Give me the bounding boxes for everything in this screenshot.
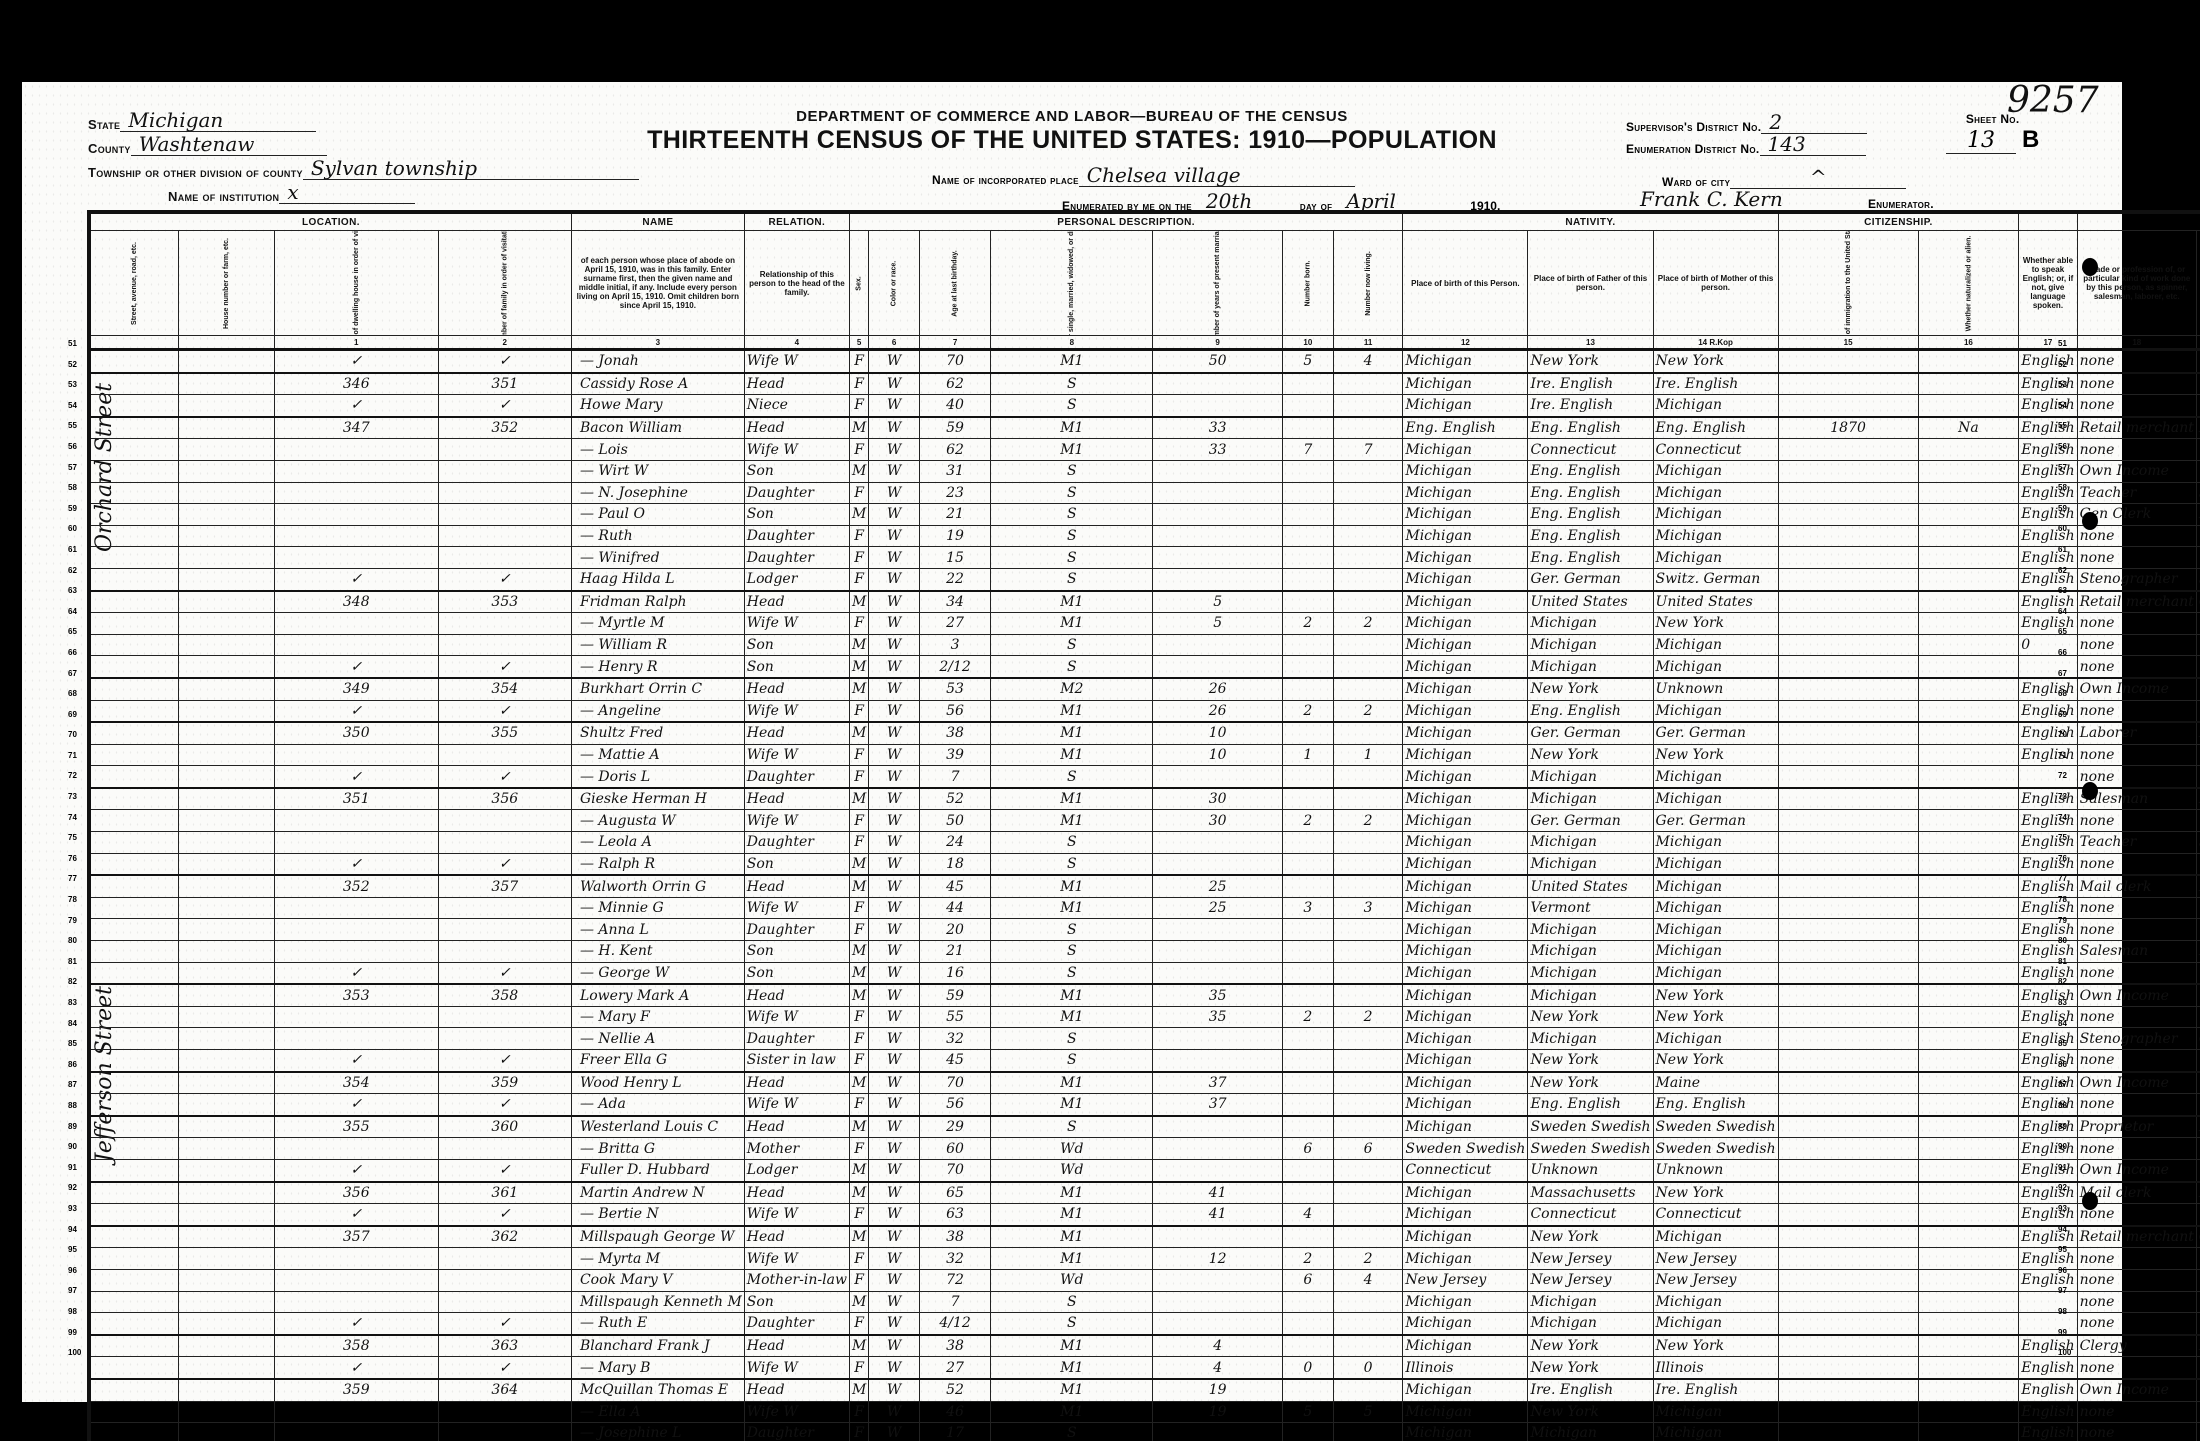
family-number (438, 832, 571, 854)
dwelling-number (274, 744, 438, 766)
marital-status: M1 (991, 1182, 1153, 1204)
trade: none (2077, 919, 2196, 941)
census-sheet: 9257 StateMichigan CountyWashtenaw Towns… (22, 82, 2122, 1402)
empty-cell (178, 417, 274, 439)
group-relation: RELATION. (744, 212, 849, 231)
table-row: Cook Mary VMother-in-lawFW72Wd64New Jers… (89, 1269, 2200, 1291)
industry (2196, 656, 2200, 678)
family-number (438, 1291, 571, 1313)
children-living (1333, 766, 1403, 788)
years-married (1153, 832, 1283, 854)
hdr-birth-father: Place of birth of Father of this person. (1528, 231, 1653, 336)
race: W (869, 1401, 920, 1423)
birthplace-father: Eng. English (1528, 525, 1653, 547)
column-number: 15 (1778, 336, 1918, 350)
family-number: ✓ (438, 1159, 571, 1181)
years-married (1153, 1291, 1283, 1313)
empty-cell (89, 1050, 178, 1072)
age: 20 (919, 919, 990, 941)
dwelling-number: 351 (274, 788, 438, 810)
birthplace-father: Michigan (1528, 984, 1653, 1006)
empty-cell (178, 482, 274, 504)
empty-cell (89, 350, 178, 373)
years-married: 37 (1153, 1072, 1283, 1094)
birthplace-person: Connecticut (1403, 1159, 1528, 1181)
hdr-language: Whether able to speak English; or, if no… (2019, 231, 2077, 336)
children-born (1282, 1335, 1333, 1357)
empty-cell (89, 766, 178, 788)
birthplace-mother: Connecticut (1653, 439, 1778, 461)
table-row: ✓✓— George WSonMW16SMichiganMichiganMich… (89, 962, 2200, 984)
immigration-year (1778, 1028, 1918, 1050)
table-row: ✓✓Haag Hilda LLodgerFW22SMichiganGer. Ge… (89, 568, 2200, 590)
line-number: 90 (2058, 1137, 2071, 1158)
group-citizenship: CITIZENSHIP. (1778, 212, 2019, 231)
dwelling-number (274, 1269, 438, 1291)
sex: M (849, 417, 868, 439)
race: W (869, 525, 920, 547)
children-born (1282, 1116, 1333, 1138)
group-name: NAME (571, 212, 744, 231)
relationship: Head (744, 678, 849, 700)
sex: F (849, 766, 868, 788)
marital-status: S (991, 547, 1153, 569)
person-name: Gieske Herman H (571, 788, 744, 810)
industry (2196, 547, 2200, 569)
trade: none (2077, 373, 2196, 395)
years-married (1153, 1116, 1283, 1138)
dwelling-number (274, 547, 438, 569)
family-number: ✓ (438, 1204, 571, 1226)
marital-status: Wd (991, 1138, 1153, 1160)
person-name: — Augusta W (571, 810, 744, 832)
trade: none (2077, 744, 2196, 766)
children-living: 4 (1333, 1269, 1403, 1291)
birthplace-mother: Michigan (1653, 460, 1778, 482)
sex: M (849, 1116, 868, 1138)
dwelling-number (274, 897, 438, 919)
immigration-year (1778, 1138, 1918, 1160)
birthplace-person: Michigan (1403, 1248, 1528, 1270)
naturalization (1918, 1313, 2019, 1335)
immigration-year (1778, 1379, 1918, 1401)
relationship: Head (744, 1182, 849, 1204)
children-born: 5 (1282, 1401, 1333, 1423)
hdr-immigration: Year of immigration to the United States… (1778, 231, 1918, 336)
birthplace-mother: Michigan (1653, 897, 1778, 919)
birthplace-mother: Switz. German (1653, 568, 1778, 590)
dwelling-number: 353 (274, 984, 438, 1006)
line-number: 75 (68, 828, 81, 849)
marital-status: M1 (991, 1006, 1153, 1028)
marital-status: S (991, 460, 1153, 482)
marital-status: M1 (991, 700, 1153, 722)
empty-cell (89, 1159, 178, 1181)
age: 21 (919, 504, 990, 526)
relationship: Wife W (744, 1204, 849, 1226)
birthplace-person: Sweden Swedish (1403, 1138, 1528, 1160)
birthplace-person: Michigan (1403, 1401, 1528, 1423)
line-number: 67 (2058, 664, 2071, 685)
relationship: Daughter (744, 1313, 849, 1335)
family-number (438, 482, 571, 504)
race: W (869, 853, 920, 875)
children-living (1333, 504, 1403, 526)
immigration-year (1778, 1357, 1918, 1379)
birthplace-father: Eng. English (1528, 1094, 1653, 1116)
birthplace-mother: Sweden Swedish (1653, 1116, 1778, 1138)
marital-status: M1 (991, 1226, 1153, 1248)
table-row: ✓✓— Mary BWife WFW27M1400IllinoisNew Yor… (89, 1357, 2200, 1379)
immigration-year (1778, 1423, 1918, 1441)
immigration-year (1778, 1226, 1918, 1248)
children-living (1333, 656, 1403, 678)
age: 2/12 (919, 656, 990, 678)
marital-status: M1 (991, 613, 1153, 635)
line-number: 97 (2058, 1281, 2071, 1302)
table-row: — Minnie GWife WFW44M12533MichiganVermon… (89, 897, 2200, 919)
years-married (1153, 1313, 1283, 1335)
dwelling-number: ✓ (274, 1204, 438, 1226)
birthplace-mother: New York (1653, 1006, 1778, 1028)
children-living (1333, 1379, 1403, 1401)
birthplace-mother: New York (1653, 1182, 1778, 1204)
immigration-year (1778, 1159, 1918, 1181)
dwelling-number (274, 1291, 438, 1313)
line-number: 93 (68, 1199, 81, 1220)
children-born (1282, 1379, 1333, 1401)
marital-status: S (991, 1423, 1153, 1441)
marital-status: M1 (991, 875, 1153, 897)
years-married (1153, 504, 1283, 526)
empty-cell (89, 525, 178, 547)
column-number (178, 336, 274, 350)
naturalization (1918, 613, 2019, 635)
family-number (438, 634, 571, 656)
immigration-year (1778, 766, 1918, 788)
line-number: 87 (2058, 1075, 2071, 1096)
incorporated-place: Name of incorporated place Chelsea villa… (932, 164, 1355, 187)
industry (2196, 700, 2200, 722)
empty-cell (178, 1006, 274, 1028)
line-number: 56 (68, 437, 81, 458)
table-row: 348353Fridman RalphHeadMW34M15MichiganUn… (89, 591, 2200, 613)
race: W (869, 1291, 920, 1313)
immigration-year (1778, 1072, 1918, 1094)
line-number: 73 (68, 787, 81, 808)
birthplace-mother: Ire. English (1653, 1379, 1778, 1401)
empty-cell (89, 744, 178, 766)
years-married: 30 (1153, 810, 1283, 832)
industry: Groceries (2196, 1226, 2200, 1248)
empty-cell (178, 613, 274, 635)
birthplace-person: Michigan (1403, 350, 1528, 373)
empty-cell (178, 1138, 274, 1160)
birthplace-person: Michigan (1403, 547, 1528, 569)
empty-cell (89, 722, 178, 744)
family-number (438, 1006, 571, 1028)
column-number: 7 (919, 336, 990, 350)
empty-cell (89, 678, 178, 700)
trade: none (2077, 700, 2196, 722)
race: W (869, 1357, 920, 1379)
industry: Lumber yard (2196, 504, 2200, 526)
immigration-year (1778, 941, 1918, 963)
birthplace-mother: Unknown (1653, 678, 1778, 700)
birthplace-person: Michigan (1403, 373, 1528, 395)
person-name: Bacon William (571, 417, 744, 439)
age: 24 (919, 832, 990, 854)
industry (2196, 613, 2200, 635)
person-name: — Angeline (571, 700, 744, 722)
line-number: 87 (68, 1075, 81, 1096)
birthplace-father: Ger. German (1528, 722, 1653, 744)
sex: F (849, 373, 868, 395)
table-row: 355360Westerland Louis CHeadMW29SMichiga… (89, 1116, 2200, 1138)
line-number: 68 (68, 684, 81, 705)
children-living: 5 (1333, 1401, 1403, 1423)
relationship: Lodger (744, 1159, 849, 1181)
enumerator-name: Frank C. Kern (1632, 188, 1868, 211)
children-born (1282, 525, 1333, 547)
race: W (869, 1313, 920, 1335)
family-number: 359 (438, 1072, 571, 1094)
sex: F (849, 1269, 868, 1291)
children-living (1333, 919, 1403, 941)
line-number: 62 (68, 561, 81, 582)
birthplace-person: Michigan (1403, 1291, 1528, 1313)
birthplace-person: Michigan (1403, 962, 1528, 984)
birthplace-father: New York (1528, 744, 1653, 766)
birthplace-person: Michigan (1403, 788, 1528, 810)
dwelling-number: 350 (274, 722, 438, 744)
years-married: 25 (1153, 875, 1283, 897)
institution-label: Name of institution (168, 189, 279, 204)
person-name: Martin Andrew N (571, 1182, 744, 1204)
age: 59 (919, 417, 990, 439)
group-language (2019, 212, 2077, 231)
naturalization (1918, 1226, 2019, 1248)
relationship: Son (744, 504, 849, 526)
birthplace-person: Michigan (1403, 460, 1528, 482)
empty-cell (178, 439, 274, 461)
industry (2196, 1357, 2200, 1379)
immigration-year (1778, 568, 1918, 590)
person-name: — N. Josephine (571, 482, 744, 504)
trade: none (2077, 1006, 2196, 1028)
family-number (438, 1138, 571, 1160)
industry: School (2196, 832, 2200, 854)
sex: M (849, 875, 868, 897)
birthplace-person: Michigan (1403, 656, 1528, 678)
years-married (1153, 1159, 1283, 1181)
empty-cell (178, 810, 274, 832)
birthplace-mother: Michigan (1653, 547, 1778, 569)
naturalization (1918, 504, 2019, 526)
person-name: — Doris L (571, 766, 744, 788)
age: 16 (919, 962, 990, 984)
family-number: 362 (438, 1226, 571, 1248)
dwelling-number (274, 613, 438, 635)
column-number: 11 (1333, 336, 1403, 350)
dwelling-number: 356 (274, 1182, 438, 1204)
years-married (1153, 525, 1283, 547)
birthplace-mother: Illinois (1653, 1357, 1778, 1379)
family-number: 360 (438, 1116, 571, 1138)
empty-cell (178, 962, 274, 984)
page-title: THIRTEENTH CENSUS OF THE UNITED STATES: … (602, 126, 1542, 155)
birthplace-father: New Jersey (1528, 1269, 1653, 1291)
race: W (869, 722, 920, 744)
line-number: 73 (2058, 787, 2071, 808)
trade: none (2077, 634, 2196, 656)
group-nativity: NATIVITY. (1403, 212, 1778, 231)
marital-status: S (991, 656, 1153, 678)
empty-cell (89, 1006, 178, 1028)
line-number: 95 (2058, 1240, 2071, 1261)
dwelling-number: ✓ (274, 853, 438, 875)
line-number: 85 (2058, 1034, 2071, 1055)
birthplace-person: Michigan (1403, 634, 1528, 656)
empty-cell (89, 373, 178, 395)
birthplace-person: Michigan (1403, 1116, 1528, 1138)
naturalization (1918, 1357, 2019, 1379)
table-row: ✓✓— Ralph RSonMW18SMichiganMichiganMichi… (89, 853, 2200, 875)
empty-cell (89, 832, 178, 854)
line-number: 99 (68, 1323, 81, 1344)
person-name: — Bertie N (571, 1204, 744, 1226)
line-number: 52 (2058, 355, 2071, 376)
age: 45 (919, 875, 990, 897)
birthplace-father: Sweden Swedish (1528, 1116, 1653, 1138)
trade: Clergy (2077, 1335, 2196, 1357)
relationship: Son (744, 460, 849, 482)
sex: M (849, 460, 868, 482)
sex: F (849, 1357, 868, 1379)
table-row: 347352Bacon WilliamHeadMW59M133Eng. Engl… (89, 417, 2200, 439)
relationship: Niece (744, 395, 849, 417)
birthplace-father: Eng. English (1528, 504, 1653, 526)
relationship: Head (744, 591, 849, 613)
hdr-race: Color or race. (869, 231, 920, 336)
empty-cell (89, 1072, 178, 1094)
family-number: 361 (438, 1182, 571, 1204)
language: English (2019, 1379, 2077, 1401)
years-married: 12 (1153, 1248, 1283, 1270)
table-row: Millspaugh Kenneth MSonMW7SMichiganMichi… (89, 1291, 2200, 1313)
family-number: ✓ (438, 962, 571, 984)
years-married: 25 (1153, 897, 1283, 919)
line-number: 69 (2058, 705, 2071, 726)
binder-hole (2082, 258, 2098, 276)
marital-status: M1 (991, 1335, 1153, 1357)
sex: F (849, 832, 868, 854)
table-row: — LoisWife WFW62M13377MichiganConnecticu… (89, 439, 2200, 461)
birthplace-mother: New York (1653, 613, 1778, 635)
immigration-year (1778, 875, 1918, 897)
industry (2196, 634, 2200, 656)
empty-cell (89, 547, 178, 569)
years-married (1153, 962, 1283, 984)
immigration-year (1778, 1291, 1918, 1313)
sex: M (849, 1379, 868, 1401)
trade: none (2077, 1423, 2196, 1441)
empty-cell (178, 832, 274, 854)
empty-cell (178, 1116, 274, 1138)
table-row: ✓✓— Bertie NWife WFW63M1414MichiganConne… (89, 1204, 2200, 1226)
birthplace-mother: Michigan (1653, 504, 1778, 526)
empty-cell (178, 875, 274, 897)
family-number: ✓ (438, 1357, 571, 1379)
trade: Stenographer (2077, 1028, 2196, 1050)
children-born (1282, 875, 1333, 897)
birthplace-person: Michigan (1403, 1335, 1528, 1357)
industry (2196, 810, 2200, 832)
person-name: — Myrta M (571, 1248, 744, 1270)
birthplace-father: New York (1528, 1072, 1653, 1094)
line-number: 71 (2058, 746, 2071, 767)
table-row: — Mattie AWife WFW39M11011MichiganNew Yo… (89, 744, 2200, 766)
children-born (1282, 417, 1333, 439)
marital-status: M2 (991, 678, 1153, 700)
line-number: 53 (68, 375, 81, 396)
industry: Hardware (2196, 788, 2200, 810)
person-name: — Britta G (571, 1138, 744, 1160)
empty-cell (178, 853, 274, 875)
incorporated-place-value: Chelsea village (1079, 164, 1355, 187)
family-number: 352 (438, 417, 571, 439)
race: W (869, 897, 920, 919)
empty-cell (89, 656, 178, 678)
person-name: Lowery Mark A (571, 984, 744, 1006)
children-born (1282, 766, 1333, 788)
sex: F (849, 1050, 868, 1072)
years-married (1153, 1138, 1283, 1160)
person-name: — Wirt W (571, 460, 744, 482)
trade: Stenographer (2077, 568, 2196, 590)
hdr-street: Street, avenue, road, etc. (89, 231, 178, 336)
children-living (1333, 875, 1403, 897)
person-name: Fuller D. Hubbard (571, 1159, 744, 1181)
line-number: 100 (2058, 1343, 2071, 1364)
line-number: 55 (68, 416, 81, 437)
hdr-birth-person: Place of birth of this Person. (1403, 231, 1528, 336)
line-number: 77 (68, 869, 81, 890)
children-living (1333, 634, 1403, 656)
line-number: 80 (2058, 931, 2071, 952)
industry: Lumber & Coal (2196, 417, 2200, 439)
children-living (1333, 1335, 1403, 1357)
birthplace-person: Michigan (1403, 1379, 1528, 1401)
age: 19 (919, 525, 990, 547)
immigration-year (1778, 591, 1918, 613)
hdr-children-born: Number born. (1282, 231, 1333, 336)
trade: none (2077, 897, 2196, 919)
family-number (438, 504, 571, 526)
hdr-trade: Trade or profession of, or particular ki… (2077, 231, 2196, 336)
years-married: 35 (1153, 1006, 1283, 1028)
birthplace-mother: Michigan (1653, 1423, 1778, 1441)
marital-status: S (991, 634, 1153, 656)
naturalization: Na (1918, 417, 2019, 439)
race: W (869, 591, 920, 613)
naturalization (1918, 853, 2019, 875)
family-number (438, 1028, 571, 1050)
birthplace-father: Massachusetts (1528, 1182, 1653, 1204)
family-number: 358 (438, 984, 571, 1006)
immigration-year (1778, 482, 1918, 504)
birthplace-father: Sweden Swedish (1528, 1138, 1653, 1160)
